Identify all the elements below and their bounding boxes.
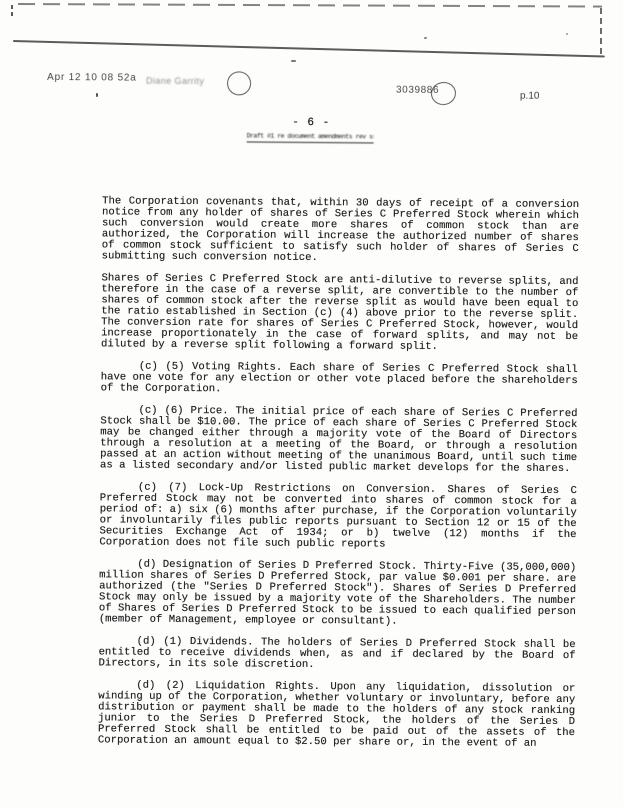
document-body: The Corporation covenants that, within 3… (98, 196, 579, 761)
scanned-fax-page: Apr 12 10 08 52a Diane Garrity 3039886 p… (0, 0, 623, 807)
fax-page-indicator: p.10 (520, 91, 540, 102)
body-paragraph-d2-liquidation: (d) (2) Liquidation Rights. Upon any liq… (98, 680, 576, 750)
body-paragraph-c6-price: (c) (6) Price. The initial price of each… (100, 405, 578, 475)
reference-smudge-line: Draft #1 re document amendments rev ss 1… (247, 132, 374, 143)
fax-sender-name: Diane Garrity (146, 76, 204, 86)
stamp-circle-icon (430, 80, 458, 106)
body-paragraph-d1-dividends: (d) (1) Dividends. The holders of Series… (98, 636, 575, 673)
fax-datetime: Apr 12 10 08 52a (47, 72, 137, 84)
stamp-circle-icon (226, 70, 253, 97)
body-paragraph-c5-voting-rights: (c) (5) Voting Rights. Each share of Ser… (101, 361, 578, 398)
body-paragraph-conversion-covenant: The Corporation covenants that, within 3… (102, 196, 580, 266)
body-paragraph-d-designation: (d) Designation of Series D Preferred St… (99, 559, 577, 629)
page-number-label: - 6 - (240, 116, 383, 129)
page-content: Apr 12 10 08 52a Diane Garrity 3039886 p… (0, 0, 623, 807)
body-paragraph-c7-lockup: (c) (7) Lock-Up Restrictions on Conversi… (99, 482, 577, 552)
body-paragraph-anti-dilution: Shares of Series C Preferred Stock are a… (101, 273, 579, 354)
